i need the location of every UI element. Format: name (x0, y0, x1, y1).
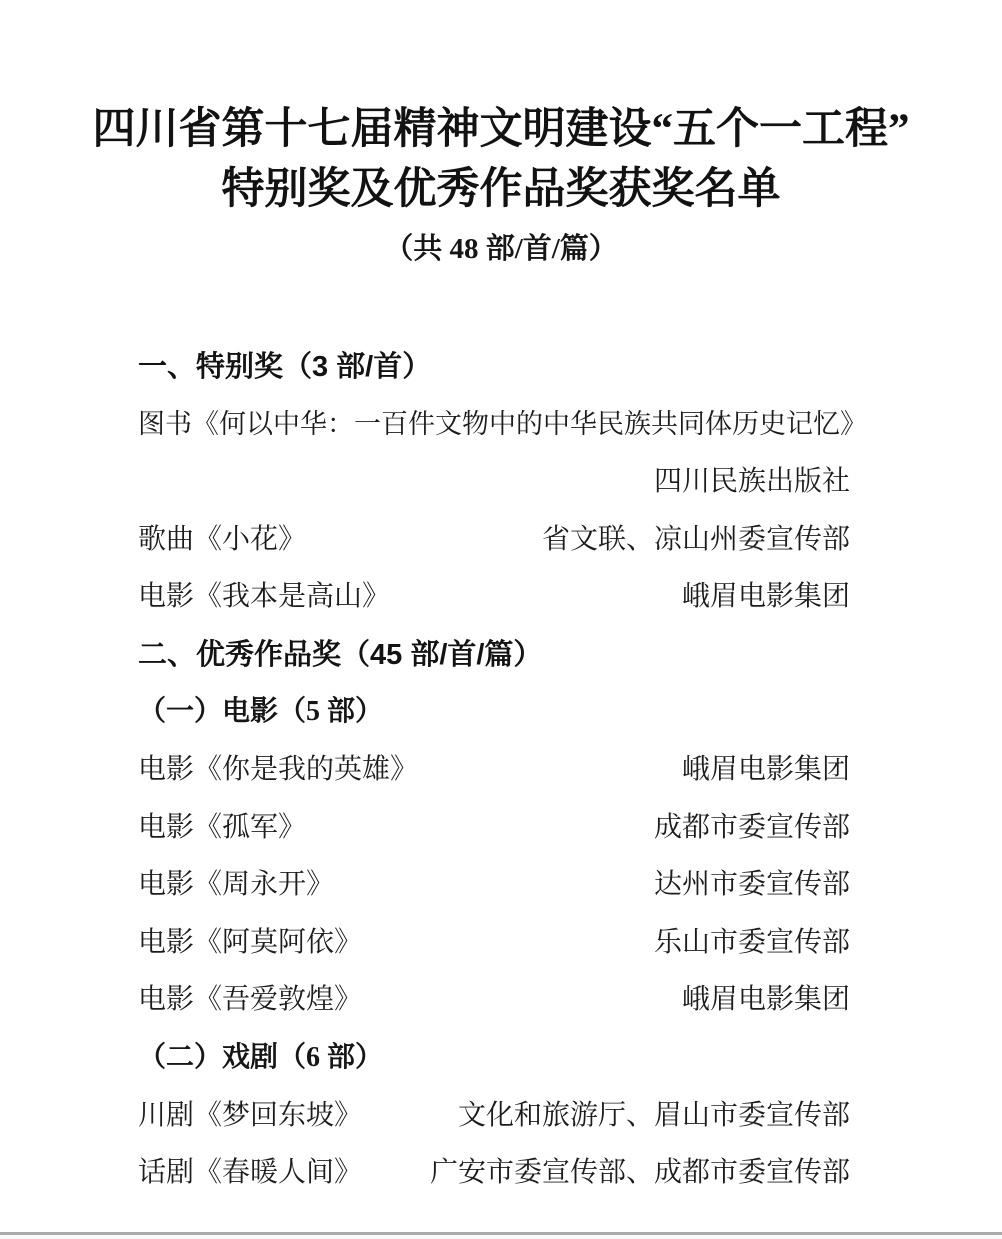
award-entry-row: 电影《我本是高山》峨眉电影集团 (138, 568, 850, 626)
work-title: 电影《孤军》 (138, 811, 306, 845)
organization: 达州市委宣传部 (654, 868, 850, 902)
organization: 峨眉电影集团 (682, 983, 850, 1017)
award-entry-row: 歌曲《小花》省文联、凉山州委宣传部 (138, 511, 850, 569)
work-title: 电影《吾爱敦煌》 (138, 983, 362, 1017)
organization: 四川民族出版社 (138, 453, 850, 511)
document-subtitle-total-count: （共 48 部/首/篇） (0, 232, 1002, 266)
document-title-line2: 特别奖及优秀作品奖获奖名单 (0, 160, 1002, 220)
organization: 省文联、凉山州委宣传部 (542, 523, 850, 557)
organization: 乐山市委宣传部 (654, 926, 850, 960)
award-list: 一、特别奖（3 部/首）图书《何以中华：一百件文物中的中华民族共同体历史记忆》四… (138, 338, 850, 1202)
organization: 峨眉电影集团 (682, 753, 850, 787)
work-title: 电影《你是我的英雄》 (138, 753, 418, 787)
work-title: 川剧《梦回东坡》 (138, 1099, 362, 1133)
document-page: 四川省第十七届精神文明建设“五个一工程” 特别奖及优秀作品奖获奖名单 （共 48… (0, 0, 1002, 1239)
award-entry-row: 川剧《梦回东坡》文化和旅游厅、眉山市委宣传部 (138, 1087, 850, 1145)
organization: 成都市委宣传部 (654, 811, 850, 845)
work-title: 图书《何以中华：一百件文物中的中华民族共同体历史记忆》 (138, 396, 850, 454)
organization: 广安市委宣传部、成都市委宣传部 (430, 1156, 850, 1190)
section-heading: 二、优秀作品奖（45 部/首/篇） (138, 626, 850, 684)
award-entry-row: 电影《孤军》成都市委宣传部 (138, 799, 850, 857)
work-title: 电影《周永开》 (138, 868, 334, 902)
work-title: 电影《阿莫阿依》 (138, 926, 362, 960)
award-entry-row: 电影《阿莫阿依》乐山市委宣传部 (138, 914, 850, 972)
award-entry-row: 话剧《春暖人间》广安市委宣传部、成都市委宣传部 (138, 1144, 850, 1202)
work-title: 话剧《春暖人间》 (138, 1156, 362, 1190)
award-entry-row: 电影《你是我的英雄》峨眉电影集团 (138, 741, 850, 799)
work-title: 电影《我本是高山》 (138, 580, 390, 614)
document-title: 四川省第十七届精神文明建设“五个一工程” 特别奖及优秀作品奖获奖名单 (0, 100, 1002, 220)
subsection-heading: （二）戏剧（6 部） (138, 1029, 850, 1087)
work-title: 歌曲《小花》 (138, 523, 306, 557)
organization: 文化和旅游厅、眉山市委宣传部 (458, 1099, 850, 1133)
document-title-line1: 四川省第十七届精神文明建设“五个一工程” (0, 100, 1002, 160)
award-entry-row: 电影《吾爱敦煌》峨眉电影集团 (138, 972, 850, 1030)
photo-bottom-margin (0, 1235, 1002, 1239)
subsection-heading: （一）电影（5 部） (138, 684, 850, 742)
organization: 峨眉电影集团 (682, 580, 850, 614)
award-entry-row: 电影《周永开》达州市委宣传部 (138, 856, 850, 914)
section-heading: 一、特别奖（3 部/首） (138, 338, 850, 396)
